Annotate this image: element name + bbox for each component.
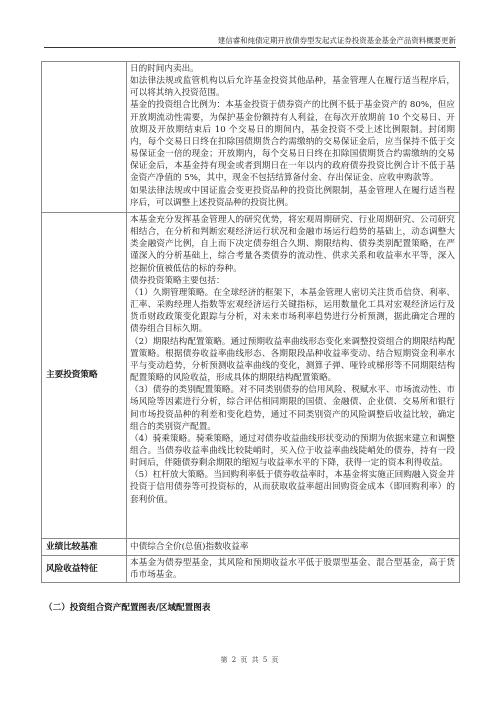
page-number: 第 2 页 共 5 页 [0, 655, 500, 665]
paragraph: （2）期限结构配置策略。通过预期收益率曲线形态变化来调整投资组合的期限结构配置策… [130, 336, 455, 385]
paragraph: 如果法律法规或中国证监会变更投资品种的投资比例限制，基金管理人在履行适当程序后，… [130, 185, 455, 209]
paragraph: （1）久期管理策略。在全球经济的框架下，本基金管理人密切关注货币信贷、利率、汇率… [130, 287, 455, 336]
row-content: 中债综合全价(总值)指数收益率 [127, 539, 460, 556]
paragraph: （3）债券的类别配置策略。对不同类别债券的信用风险、税赋水平、市场流动性、市场风… [130, 384, 455, 433]
row-label: 主要投资策略 [42, 213, 127, 539]
row-content: 本基金为债券型基金，其风险和预期收益水平低于股票型基金、混合型基金，高于货币市场… [127, 556, 460, 583]
section-heading: （二）投资组合资产配置图表/区域配置图表 [44, 601, 210, 613]
paragraph: 本基金为债券型基金，其风险和预期收益水平低于股票型基金、混合型基金，高于货币市场… [130, 557, 455, 581]
paragraph: 基金的投资组合比例为：本基金投资于债券资产的比例不低于基金资产的 80%，但应开… [130, 99, 455, 184]
row-label: 风险收益特征 [42, 556, 127, 583]
paragraph: 如法律法规或监管机构以后允许基金投资其他品种，基金管理人在履行适当程序后，可以将… [130, 75, 455, 99]
table-row-risk-return: 风险收益特征 本基金为债券型基金，其风险和预期收益水平低于股票型基金、混合型基金… [42, 556, 460, 583]
document-header: 建信睿和纯债定期开放债券型发起式证券投资基金基金产品资料概要更新 [44, 36, 456, 48]
paragraph: （5）杠杆放大策略。当回购利率低于债券收益率时，本基金将实施正回购融入资金并投资… [130, 469, 455, 505]
paragraph: 日的时间内卖出。 [130, 63, 455, 75]
table-row-benchmark: 业绩比较基准 中债综合全价(总值)指数收益率 [42, 539, 460, 556]
paragraph: （4）骑乘策略。骑乘策略，通过对债券收益曲线形状变动的预期为依据来建立和调整组合… [130, 433, 455, 469]
table-row-investment-scope: 日的时间内卖出。 如法律法规或监管机构以后允许基金投资其他品种，基金管理人在履行… [42, 62, 460, 213]
table-row-main-strategy: 主要投资策略 本基金充分发挥基金管理人的研究优势，将宏观周期研究、行业周期研究、… [42, 213, 460, 539]
row-label [42, 62, 127, 213]
row-content: 日的时间内卖出。 如法律法规或监管机构以后允许基金投资其他品种，基金管理人在履行… [127, 62, 460, 213]
document-title: 建信睿和纯债定期开放债券型发起式证券投资基金基金产品资料概要更新 [218, 36, 456, 45]
paragraph: 中债综合全价(总值)指数收益率 [130, 541, 455, 553]
paragraph: 本基金充分发挥基金管理人的研究优势，将宏观周期研究、行业周期研究、公司研究相结合… [130, 214, 455, 275]
row-label: 业绩比较基准 [42, 539, 127, 556]
row-content: 本基金充分发挥基金管理人的研究优势，将宏观周期研究、行业周期研究、公司研究相结合… [127, 213, 460, 539]
paragraph: 债券投资策略主要包括： [130, 275, 455, 287]
fund-info-table: 日的时间内卖出。 如法律法规或监管机构以后允许基金投资其他品种，基金管理人在履行… [41, 61, 460, 583]
